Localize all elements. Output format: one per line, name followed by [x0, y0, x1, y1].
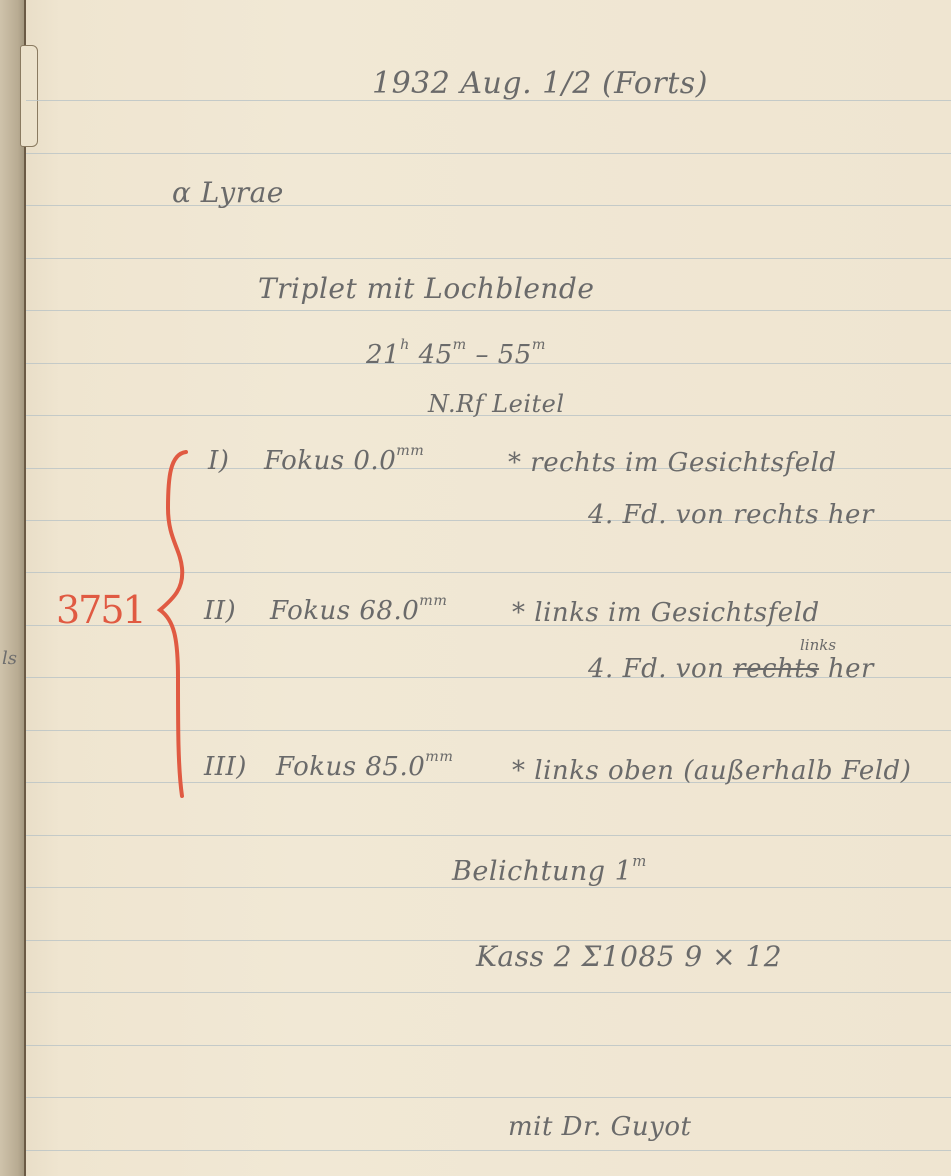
- exposure-unit: m: [632, 852, 647, 870]
- exposure-value: 1: [615, 856, 633, 887]
- red-brace-icon: [140, 448, 200, 800]
- entry-1-focus-label: Fokus: [264, 446, 345, 476]
- notebook-page: ls 1932 Aug. 1/2 (Forts) α Lyrae Triplet…: [0, 0, 951, 1176]
- guiding-line: N.Rf Leitel: [428, 390, 565, 418]
- entry-2-note-suffix: her: [828, 654, 874, 684]
- ruled-line: [26, 1150, 951, 1151]
- entry-1-label: I): [208, 446, 229, 476]
- torn-paper-tab: [20, 45, 38, 147]
- entry-2-note-line2: 4. Fd. von rechts her: [588, 654, 874, 684]
- ruled-line: [26, 258, 951, 259]
- instrument-line: Triplet mit Lochblende: [258, 272, 594, 305]
- entry-3-focus: Fokus 85.0mm: [276, 752, 453, 782]
- ruled-line: [26, 205, 951, 206]
- ruled-line: [26, 835, 951, 836]
- ruled-line: [26, 992, 951, 993]
- entry-1-focus-unit: mm: [396, 443, 424, 459]
- ruled-line: [26, 310, 951, 311]
- ruled-line: [26, 153, 951, 154]
- exposure-label: Belichtung: [452, 856, 606, 887]
- cassette-line: Kass 2 Σ1085 9 × 12: [476, 940, 782, 973]
- time-end-unit: m: [532, 337, 546, 353]
- plate-number: 3751: [56, 588, 145, 632]
- time-hours-unit: h: [400, 337, 410, 353]
- previous-page-edge: [0, 0, 24, 1176]
- previous-page-text-fragment: ls: [2, 648, 17, 669]
- time-dash: –: [476, 340, 490, 370]
- entry-2-focus-unit: mm: [419, 593, 447, 609]
- time-range: 21h 45m – 55m: [366, 340, 546, 370]
- exposure-line: Belichtung 1m: [452, 856, 647, 887]
- signature-line: mit Dr. Guyot: [508, 1112, 691, 1142]
- entry-2-focus: Fokus 68.0mm: [270, 596, 447, 626]
- time-hours: 21: [366, 340, 400, 370]
- entry-3-note-line1: * links oben (außerhalb Feld): [512, 756, 911, 786]
- ruled-line: [26, 1097, 951, 1098]
- entry-1-focus: Fokus 0.0mm: [264, 446, 424, 476]
- object-name: α Lyrae: [172, 176, 284, 209]
- entry-1-focus-value: 0.0: [353, 446, 396, 476]
- entry-2-note-line1: * links im Gesichtsfeld: [512, 598, 820, 628]
- page-heading: 1932 Aug. 1/2 (Forts): [372, 66, 708, 101]
- entry-2-focus-label: Fokus: [270, 596, 351, 626]
- entry-2-note-insert-word: links: [800, 636, 836, 654]
- entry-3-label: III): [204, 752, 247, 782]
- ruled-line: [26, 1045, 951, 1046]
- entry-3-focus-value: 85.0: [365, 752, 425, 782]
- entry-2-note-struck-word: rechts: [733, 654, 819, 684]
- time-start-min: 45: [419, 340, 453, 370]
- entry-2-note-prefix: 4. Fd. von: [588, 654, 724, 684]
- entry-2-label: II): [204, 596, 236, 626]
- entry-3-focus-unit: mm: [425, 749, 453, 765]
- ruled-line: [26, 887, 951, 888]
- entry-1-note-line1: * rechts im Gesichtsfeld: [508, 448, 837, 478]
- entry-2-focus-value: 68.0: [359, 596, 419, 626]
- binding-line: [24, 0, 26, 1176]
- entry-3-focus-label: Fokus: [276, 752, 357, 782]
- time-start-unit: m: [453, 337, 467, 353]
- entry-1-note-line2: 4. Fd. von rechts her: [588, 500, 874, 530]
- time-end-min: 55: [498, 340, 532, 370]
